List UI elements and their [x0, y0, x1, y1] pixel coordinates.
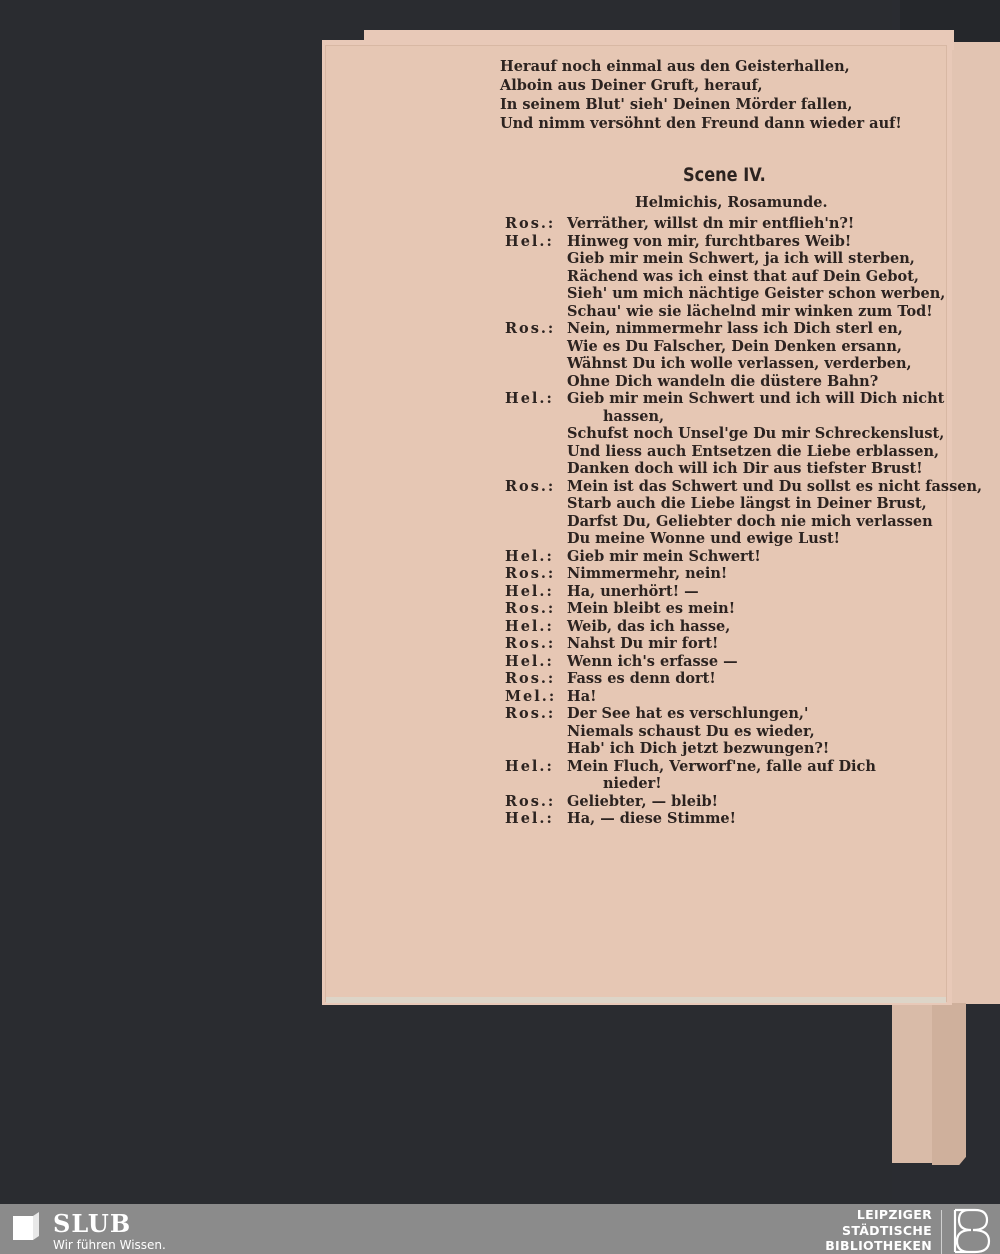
speaker-label: Hel.: — [505, 810, 554, 827]
speaker-label: Hel.: — [505, 548, 554, 565]
speech-text: Hinweg von mir, furchtbares Weib! — [567, 233, 851, 250]
speech-text: Der See hat es verschlungen,' — [567, 705, 808, 722]
speech-text: Ha! — [567, 688, 596, 705]
speech-text: Ohne Dich wandeln die düstere Bahn? — [567, 373, 878, 390]
speech-text: Weib, das ich hasse, — [567, 618, 730, 635]
speech-text: Verräther, willst dn mir entflieh'n?! — [567, 215, 854, 232]
speech-text: Wie es Du Falscher, Dein Denken ersann, — [567, 338, 902, 355]
speaker-label: Hel.: — [505, 618, 554, 635]
page-bottom-edge — [326, 997, 946, 1003]
speech-text: Darfst Du, Geliebter doch nie mich verla… — [567, 513, 933, 530]
verse-line: In seinem Blut' sieh' Deinen Mörder fall… — [500, 96, 902, 115]
document-viewer: Herauf noch einmal aus den Geisterhallen… — [0, 0, 1000, 1204]
paper-tab — [932, 1003, 966, 1165]
speech-text: Mein ist das Schwert und Du sollst es ni… — [567, 478, 982, 495]
speaker-label: Ros.: — [505, 670, 555, 687]
speech-text: Nahst Du mir fort! — [567, 635, 718, 652]
speaker-label: Ros.: — [505, 793, 555, 810]
speaker-label: Ros.: — [505, 320, 555, 337]
speaker-label: Ros.: — [505, 600, 555, 617]
speaker-label: Ros.: — [505, 478, 555, 495]
speech-text: Niemals schaust Du es wieder, — [567, 723, 815, 740]
speech-text: Nein, nimmermehr lass ich Dich sterl en, — [567, 320, 903, 337]
speaker-label: Hel.: — [505, 233, 554, 250]
speech-text: Und liess auch Entsetzen die Liebe erbla… — [567, 443, 939, 460]
speech-text: Geliebter, — bleib! — [567, 793, 718, 810]
speech-text: Hab' ich Dich jetzt bezwungen?! — [567, 740, 829, 757]
speaker-label: Hel.: — [505, 758, 554, 775]
speaker-label: Hel.: — [505, 583, 554, 600]
speech-text: Mein Fluch, Verworf'ne, falle auf Dich — [567, 758, 876, 775]
slub-tagline: Wir führen Wissen. — [53, 1238, 166, 1252]
speech-text: Gieb mir mein Schwert und ich will Dich … — [567, 390, 944, 407]
paper-tab — [892, 1005, 934, 1163]
speech-text: Gieb mir mein Schwert, ja ich will sterb… — [567, 250, 915, 267]
speaker-label: Ros.: — [505, 705, 555, 722]
logo-divider — [941, 1210, 942, 1254]
speaker-label: Mel.: — [505, 688, 556, 705]
lsb-line: BIBLIOTHEKEN — [825, 1238, 932, 1254]
speech-text: Gieb mir mein Schwert! — [567, 548, 761, 565]
verse-line: Herauf noch einmal aus den Geisterhallen… — [500, 58, 902, 77]
slub-logo-name: SLUB — [53, 1209, 131, 1238]
lsb-logo-text: LEIPZIGER STÄDTISCHE BIBLIOTHEKEN — [825, 1207, 932, 1254]
speech-text: Schau' wie sie lächelnd mir winken zum T… — [567, 303, 933, 320]
speech-text: Nimmermehr, nein! — [567, 565, 727, 582]
lsb-logo-icon — [951, 1208, 993, 1254]
speech-text: Mein bleibt es mein! — [567, 600, 735, 617]
verse-line: Alboin aus Deiner Gruft, herauf, — [500, 77, 902, 96]
speaker-label: Hel.: — [505, 390, 554, 407]
lsb-line: STÄDTISCHE — [825, 1223, 932, 1239]
footer-bar: SLUB Wir führen Wissen. LEIPZIGER STÄDTI… — [0, 1204, 1000, 1254]
speech-text: Ha, unerhört! — — [567, 583, 699, 600]
verse-block: Herauf noch einmal aus den Geisterhallen… — [500, 58, 902, 134]
speaker-label: Hel.: — [505, 653, 554, 670]
speech-text: Starb auch die Liebe längst in Deiner Br… — [567, 495, 927, 512]
speech-text: Danken doch will ich Dir aus tiefster Br… — [567, 460, 923, 477]
speech-text: Wenn ich's erfasse — — [567, 653, 738, 670]
speech-text: Rächend was ich einst that auf Dein Gebo… — [567, 268, 919, 285]
speech-text: Du meine Wonne und ewige Lust! — [567, 530, 840, 547]
speech-text: Schufst noch Unsel'ge Du mir Schreckensl… — [567, 425, 944, 442]
speech-text: Ha, — diese Stimme! — [567, 810, 736, 827]
speech-text: Wähnst Du ich wolle verlassen, verderben… — [567, 355, 912, 372]
speaker-label: Ros.: — [505, 565, 555, 582]
speech-text: hassen, — [603, 408, 664, 425]
speaker-label: Ros.: — [505, 215, 555, 232]
lsb-line: LEIPZIGER — [825, 1207, 932, 1223]
slub-logo-icon — [13, 1212, 39, 1240]
scene-title: Scene IV. — [683, 164, 766, 186]
speech-text: Sieh' um mich nächtige Geister schon wer… — [567, 285, 945, 302]
speaker-label: Ros.: — [505, 635, 555, 652]
speech-text: nieder! — [603, 775, 662, 792]
scene-characters: Helmichis, Rosamunde. — [635, 194, 828, 211]
verse-line: Und nimm versöhnt den Freund dann wieder… — [500, 115, 902, 134]
speech-text: Fass es denn dort! — [567, 670, 716, 687]
